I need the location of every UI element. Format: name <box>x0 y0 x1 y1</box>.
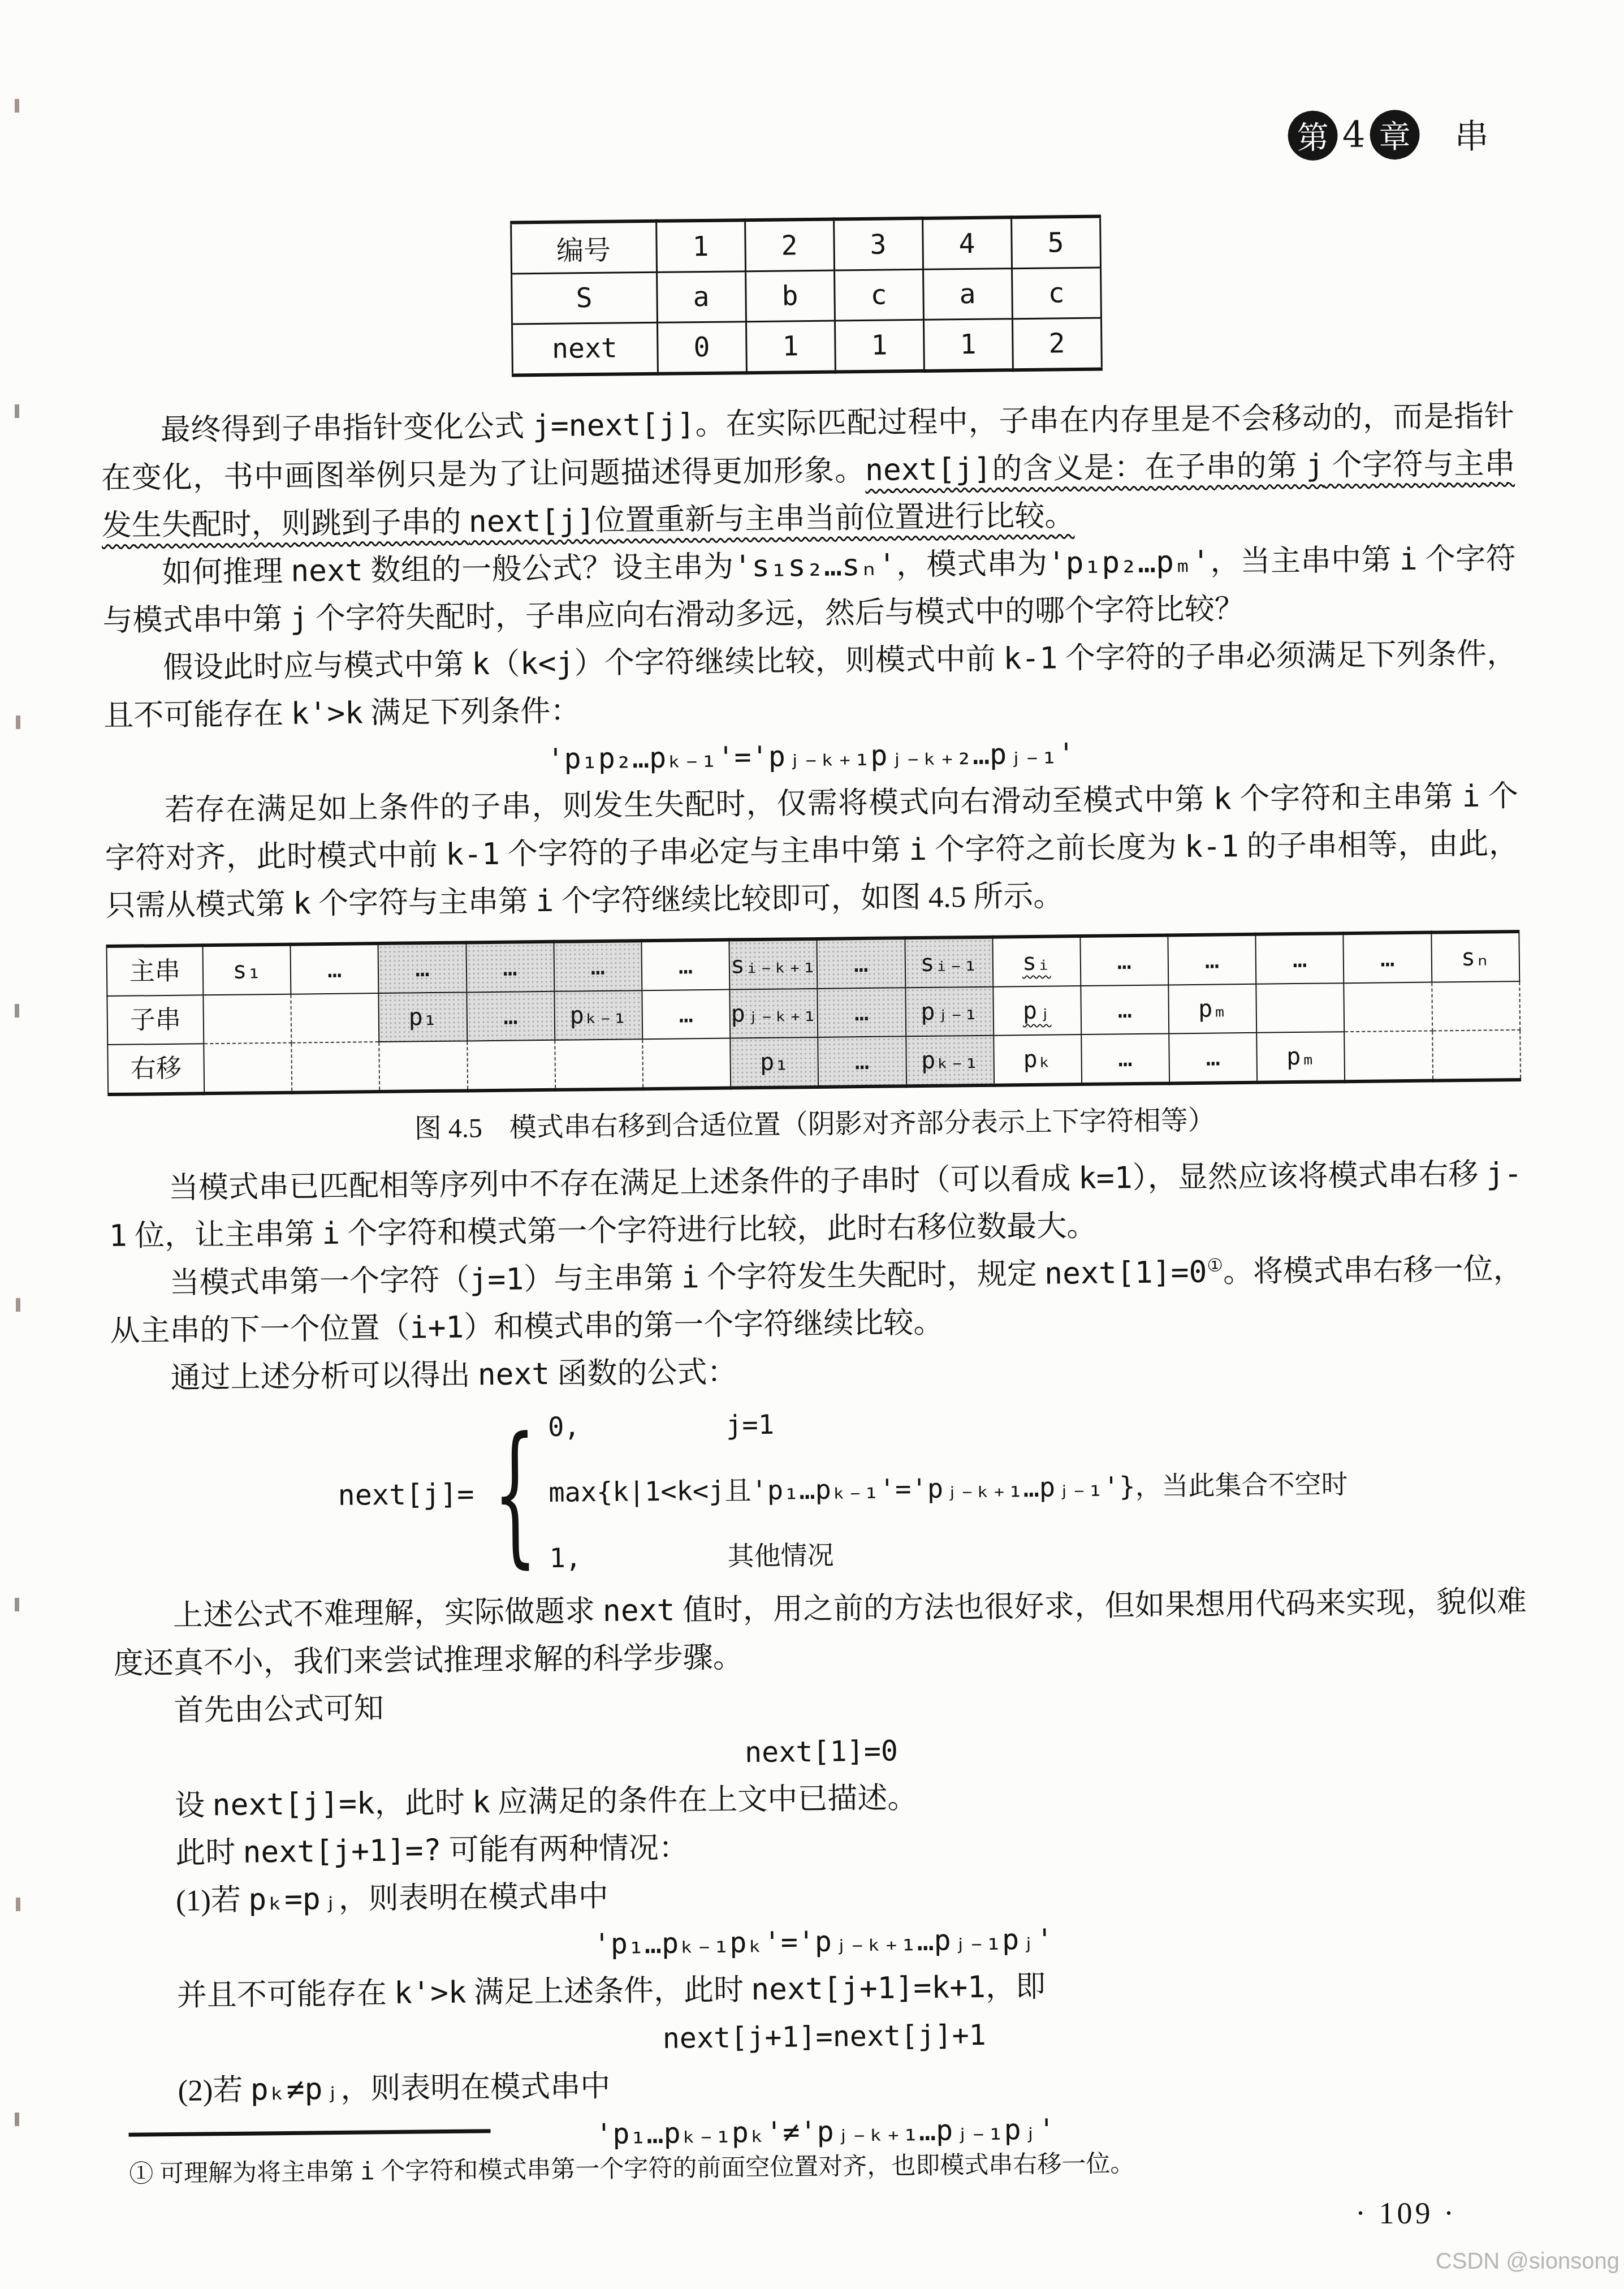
text-fragment: 个字符与主串第 <box>311 885 536 920</box>
text-fragment: next <box>477 1357 550 1392</box>
text-fragment: 当模式串第一个字符（ <box>169 1264 469 1300</box>
text-fragment: 个字符和模式串第一个字符的前面空位置对齐，也即模式串右移一位。 <box>374 2150 1134 2185</box>
figure-row-label: 主串 <box>106 945 203 996</box>
table-cell: 1 <box>835 320 924 372</box>
figure-cell: … <box>1081 985 1169 1034</box>
figure-cell: pₖ <box>994 1034 1082 1085</box>
text-fragment: 假设此时应与模式中第 <box>163 648 472 684</box>
text-fragment: ，当主串中第 <box>1210 544 1400 579</box>
chapter-badge-zhang: 章 <box>1370 110 1420 160</box>
figure-cell: … <box>1081 1033 1169 1084</box>
text-fragment: k'>k <box>291 696 363 731</box>
figure-cell: … <box>378 942 467 993</box>
page-content: 第 4 章 串 编号12345Sabcacnext01112 最终得到子串指针变… <box>96 0 1532 2163</box>
paragraph-general-formula-question: 如何推理 next 数组的一般公式？设主串为's₁s₂…sₙ'，模式串为'p₁p… <box>102 535 1517 645</box>
formula-cases: 0,j=1 max{k|1<k<j且'p₁…pₖ₋₁'='pⱼ₋ₖ₊₁…pⱼ₋₁… <box>548 1395 1349 1583</box>
text-fragment: j <box>290 601 308 636</box>
text-fragment: 应满足的条件在上文中已描述。 <box>490 1782 918 1819</box>
table-cell: b <box>745 270 835 322</box>
text-fragment: ，当此集合不空时 <box>1135 1470 1348 1502</box>
figure-caption: 图 4.5 模式串右移到合适位置（阴影对齐部分表示上下字符相等） <box>107 1094 1522 1156</box>
body-text: 最终得到子串指针变化公式 j=next[j]。在实际匹配过程中，子串在内存里是不… <box>101 393 1532 2163</box>
text-fragment: 个字符继续比较即可，如图 4.5 所示。 <box>554 880 1064 917</box>
text-fragment: next[j+1]=? <box>243 1833 442 1870</box>
text-fragment: 的含义是：在子串的第 <box>991 450 1306 486</box>
figure-cell: sᵢ₋ₖ₊₁ <box>729 939 818 990</box>
figure-cell: sᵢ₋₁ <box>905 937 993 988</box>
text-fragment: k <box>472 647 490 682</box>
table-row: next01112 <box>512 318 1102 375</box>
figure-cell: pⱼ <box>993 986 1081 1036</box>
text-fragment: ，则表明在模式串中 <box>340 2070 611 2106</box>
figure-cell <box>291 993 379 1043</box>
figure-cell: … <box>467 992 555 1041</box>
footnote-text: ① 可理解为将主串第 i 个字符和模式串第一个字符的前面空位置对齐，也即模式串右… <box>129 2141 1519 2193</box>
table-cell: next <box>512 322 658 375</box>
figure-cell <box>1344 982 1432 1032</box>
paragraph-j-next: 最终得到子串指针变化公式 j=next[j]。在实际匹配过程中，子串在内存里是不… <box>101 393 1516 550</box>
figure-cell <box>379 1041 468 1092</box>
figure-cell: pⱼ₋₁ <box>905 987 994 1037</box>
figure-cell <box>203 994 291 1044</box>
text-fragment: 最终得到子串指针变化公式 <box>161 410 533 447</box>
figure-4-5-table: 主串s₁……………sᵢ₋ₖ₊₁…sᵢ₋₁sᵢ…………sₙ子串p₁…pₖ₋₁…pⱼ… <box>106 930 1521 1096</box>
chapter-title: 串 <box>1454 109 1489 158</box>
figure-cell <box>204 1043 292 1094</box>
figure-cell <box>1345 1031 1433 1082</box>
table-cell: 编号 <box>511 221 656 274</box>
table-row: 编号12345 <box>511 217 1100 274</box>
text-fragment: max{k|1<k<j <box>548 1476 725 1508</box>
figure-cell <box>1256 983 1345 1033</box>
figure-cell: … <box>818 1036 906 1087</box>
figure-cell: s₁ <box>202 945 291 995</box>
text-fragment: k <box>472 1785 491 1820</box>
table-cell: a <box>656 271 746 323</box>
text-fragment: j=1 <box>726 1409 774 1441</box>
text-fragment: ，则表明在模式串中 <box>338 1880 608 1916</box>
text-fragment: next[j+1]=k+1 <box>751 1970 986 2007</box>
figure-cell: sᵢ <box>992 936 1081 987</box>
table-cell: 2 <box>745 219 834 271</box>
text-fragment: k <box>293 886 312 921</box>
text-fragment: 且 <box>724 1476 751 1506</box>
text-fragment: ），显然应该将模式串右移 <box>1132 1158 1486 1195</box>
figure-row-label: 子串 <box>107 995 204 1045</box>
text-fragment: 个字符之前长度为 <box>927 831 1185 867</box>
figure-cell: … <box>1080 935 1168 986</box>
paragraph-assume-k: 假设此时应与模式中第 k（k<j）个字符继续比较，则模式中前 k-1 个字符的子… <box>103 630 1518 740</box>
text-fragment: j <box>1306 448 1324 482</box>
text-fragment: next[j] <box>865 452 992 488</box>
text-fragment: k<j <box>520 646 574 681</box>
text-fragment: next <box>291 553 363 588</box>
text-fragment: 个字符失配时，子串应向右滑动多远，然后与模式中的哪个字符比较？ <box>308 593 1245 635</box>
table-cell: 3 <box>833 218 923 270</box>
table-cell: c <box>834 269 923 321</box>
figure-cell: p₁ <box>379 992 467 1042</box>
text-fragment: i <box>322 1217 340 1251</box>
text-fragment: ）与主串第 <box>524 1261 681 1296</box>
text-fragment: 0, <box>548 1411 580 1443</box>
text-fragment: pₖ=pⱼ <box>248 1882 339 1917</box>
paragraph-formula-not-hard: 上述公式不难理解，实际做题求 next 值时，用之前的方法也很好求，但如果想用代… <box>113 1578 1527 1688</box>
text-fragment: j=next[j] <box>532 407 695 443</box>
figure-cell <box>1432 981 1520 1031</box>
chapter-number: 4 <box>1342 114 1365 156</box>
figure-cell <box>555 1039 643 1090</box>
text-fragment: 个字符发生失配时，规定 <box>699 1258 1045 1294</box>
text-fragment: k=1 <box>1078 1161 1133 1196</box>
text-fragment: 位，让主串第 <box>127 1218 322 1253</box>
case-line-2: max{k|1<k<j且'p₁…pₖ₋₁'='pⱼ₋ₖ₊₁…pⱼ₋₁'}，当此集… <box>548 1461 1348 1517</box>
text-fragment: 其他情况 <box>727 1541 834 1572</box>
chapter-badge-di: 第 <box>1288 110 1338 161</box>
figure-cell: … <box>1344 933 1432 984</box>
text-fragment: i+1 <box>409 1310 464 1345</box>
text-fragment: next[1]=0 <box>1044 1255 1207 1291</box>
text-fragment: 并且不可能存在 <box>177 1977 395 2012</box>
paragraph-slide-to-k: 若存在满足如上条件的子串，则发生失配时，仅需将模式向右滑动至模式中第 k 个字符… <box>105 773 1520 930</box>
text-fragment: 位置重新与主串当前位置进行比较。 <box>595 499 1075 537</box>
text-fragment: i <box>360 2157 374 2185</box>
text-fragment: 's₁s₂…sₙ' <box>733 548 896 584</box>
figure-cell: … <box>291 943 379 994</box>
next-values-table: 编号12345Sabcacnext01112 <box>510 215 1103 377</box>
table-cell: 5 <box>1011 217 1100 269</box>
figure-cell: … <box>1256 933 1344 984</box>
figure-cell: sₙ <box>1431 932 1519 982</box>
table-row: Sabcac <box>511 268 1101 324</box>
figure-cell <box>1432 1030 1521 1081</box>
text-fragment: (1)若 <box>176 1884 249 1917</box>
text-fragment: k-1 <box>1003 641 1057 676</box>
figure-cell: … <box>554 941 642 992</box>
figure-cell: p₁ <box>730 1037 818 1088</box>
figure-cell: pₘ <box>1168 984 1256 1034</box>
text-fragment: 个字符的子串必定与主串中第 <box>500 834 909 871</box>
text-fragment: 若存在满足如上条件的子串，则发生失配时，仅需将模式向右滑动至模式中第 <box>165 783 1214 827</box>
curly-brace: { <box>492 1417 537 1570</box>
text-fragment: 数组的一般公式？设主串为 <box>363 550 734 587</box>
text-fragment: ，此时 <box>375 1786 473 1820</box>
figure-cell: … <box>466 942 554 993</box>
figure-row-label: 右移 <box>107 1044 204 1094</box>
text-fragment: ，即 <box>986 1971 1046 2004</box>
text-fragment: k <box>1213 782 1232 816</box>
table-cell: 1 <box>746 321 835 373</box>
figure-cell <box>642 1038 731 1089</box>
table-cell: 0 <box>657 322 746 374</box>
book-page: 第 4 章 串 编号12345Sabcacnext01112 最终得到子串指针变… <box>0 0 1624 2289</box>
figure-cell <box>291 1042 379 1093</box>
text-fragment: 个字符和主串第 <box>1232 781 1462 816</box>
text-fragment: 设 <box>175 1789 213 1822</box>
figure-cell: pₘ <box>1256 1032 1345 1083</box>
figure-cell: … <box>1168 934 1256 985</box>
text-fragment: 个字符和模式第一个字符进行比较，此时右移位数最大。 <box>340 1210 1097 1251</box>
table-cell: 2 <box>1012 318 1102 370</box>
text-fragment: ① 可理解为将主串第 <box>129 2159 360 2188</box>
text-fragment: ）个字符继续比较，则模式中前 <box>574 643 1004 680</box>
figure-cell: pⱼ₋ₖ₊₁ <box>729 989 818 1038</box>
figure-cell: pₖ₋₁ <box>906 1036 994 1087</box>
case-line-3: 1,其他情况 <box>549 1527 1349 1583</box>
text-fragment: 满足下列条件： <box>363 695 581 730</box>
text-fragment: k'>k <box>394 1976 467 2011</box>
text-fragment: i <box>1462 779 1480 814</box>
text-fragment: ）和模式串的第一个字符继续比较。 <box>464 1307 944 1344</box>
text-fragment: 如何推理 <box>162 555 291 589</box>
table-cell: a <box>923 269 1012 320</box>
figure-cell: … <box>1169 1033 1257 1084</box>
text-fragment: 'p₁p₂…pₘ' <box>1047 545 1210 581</box>
table-cell: 1 <box>923 319 1013 371</box>
text-fragment: 满足上述条件，此时 <box>466 1973 751 2009</box>
text-fragment: pₖ≠pⱼ <box>250 2072 340 2107</box>
text-fragment: （ <box>490 648 520 681</box>
table-cell: 4 <box>922 217 1012 269</box>
table-cell: 1 <box>656 220 745 272</box>
text-fragment: ① <box>1207 1256 1223 1275</box>
text-fragment: k-1 <box>446 837 500 872</box>
text-fragment: next <box>603 1593 675 1628</box>
text-fragment: 此时 <box>175 1837 243 1870</box>
text-fragment: i <box>1400 542 1418 577</box>
text-fragment: 可能有两种情况： <box>441 1831 689 1867</box>
text-fragment: 'p₁…pₖ₋₁'='pⱼ₋ₖ₊₁…pⱼ₋₁'} <box>751 1471 1135 1506</box>
paragraph-k-equals-1: 当模式串已匹配相等序列中不存在满足上述条件的子串时（可以看成 k=1），显然应该… <box>109 1150 1523 1260</box>
figure-cell: … <box>642 990 730 1040</box>
text-fragment: i <box>535 884 554 919</box>
text-fragment: ，模式串为 <box>896 548 1048 582</box>
text-fragment: next[j] <box>469 503 595 539</box>
text-fragment: k-1 <box>1185 829 1239 864</box>
text-fragment: 当模式串已匹配相等序列中不存在满足上述条件的子串时（可以看成 <box>169 1162 1079 1205</box>
figure-cell: pₖ₋₁ <box>554 990 642 1040</box>
text-fragment: 上述公式不难理解，实际做题求 <box>173 1595 603 1632</box>
text-fragment: j=1 <box>469 1262 524 1297</box>
text-fragment: i <box>681 1260 700 1295</box>
case-line-1: 0,j=1 <box>548 1395 1347 1451</box>
text-fragment: 函数的公式： <box>550 1356 737 1390</box>
next-case-formula: next[j]= { 0,j=1 max{k|1<k<j且'p₁…pₖ₋₁'='… <box>337 1394 1526 1585</box>
text-fragment: 通过上述分析可以得出 <box>170 1359 478 1395</box>
text-fragment: 1, <box>549 1542 581 1574</box>
paragraph-next1-zero: 当模式串第一个字符（j=1）与主串第 i 个字符发生失配时，规定 next[1]… <box>109 1245 1524 1355</box>
text-fragment: i <box>909 833 927 867</box>
chapter-header: 第 4 章 串 <box>96 0 1489 173</box>
figure-cell <box>467 1040 555 1091</box>
text-fragment: (2)若 <box>178 2074 250 2107</box>
next-formula-lhs: next[j]= <box>338 1470 474 1519</box>
scan-artifact-marks <box>15 99 19 113</box>
table-cell: c <box>1012 268 1101 319</box>
figure-cell: … <box>818 988 906 1037</box>
csdn-watermark: CSDN @sionsong <box>1436 2249 1619 2274</box>
page-number: · 109 · <box>1355 2196 1457 2231</box>
figure-cell: … <box>641 940 729 991</box>
text-fragment: next[j]=k <box>212 1786 375 1822</box>
figure-cell: … <box>817 938 905 989</box>
table-cell: S <box>511 272 657 324</box>
